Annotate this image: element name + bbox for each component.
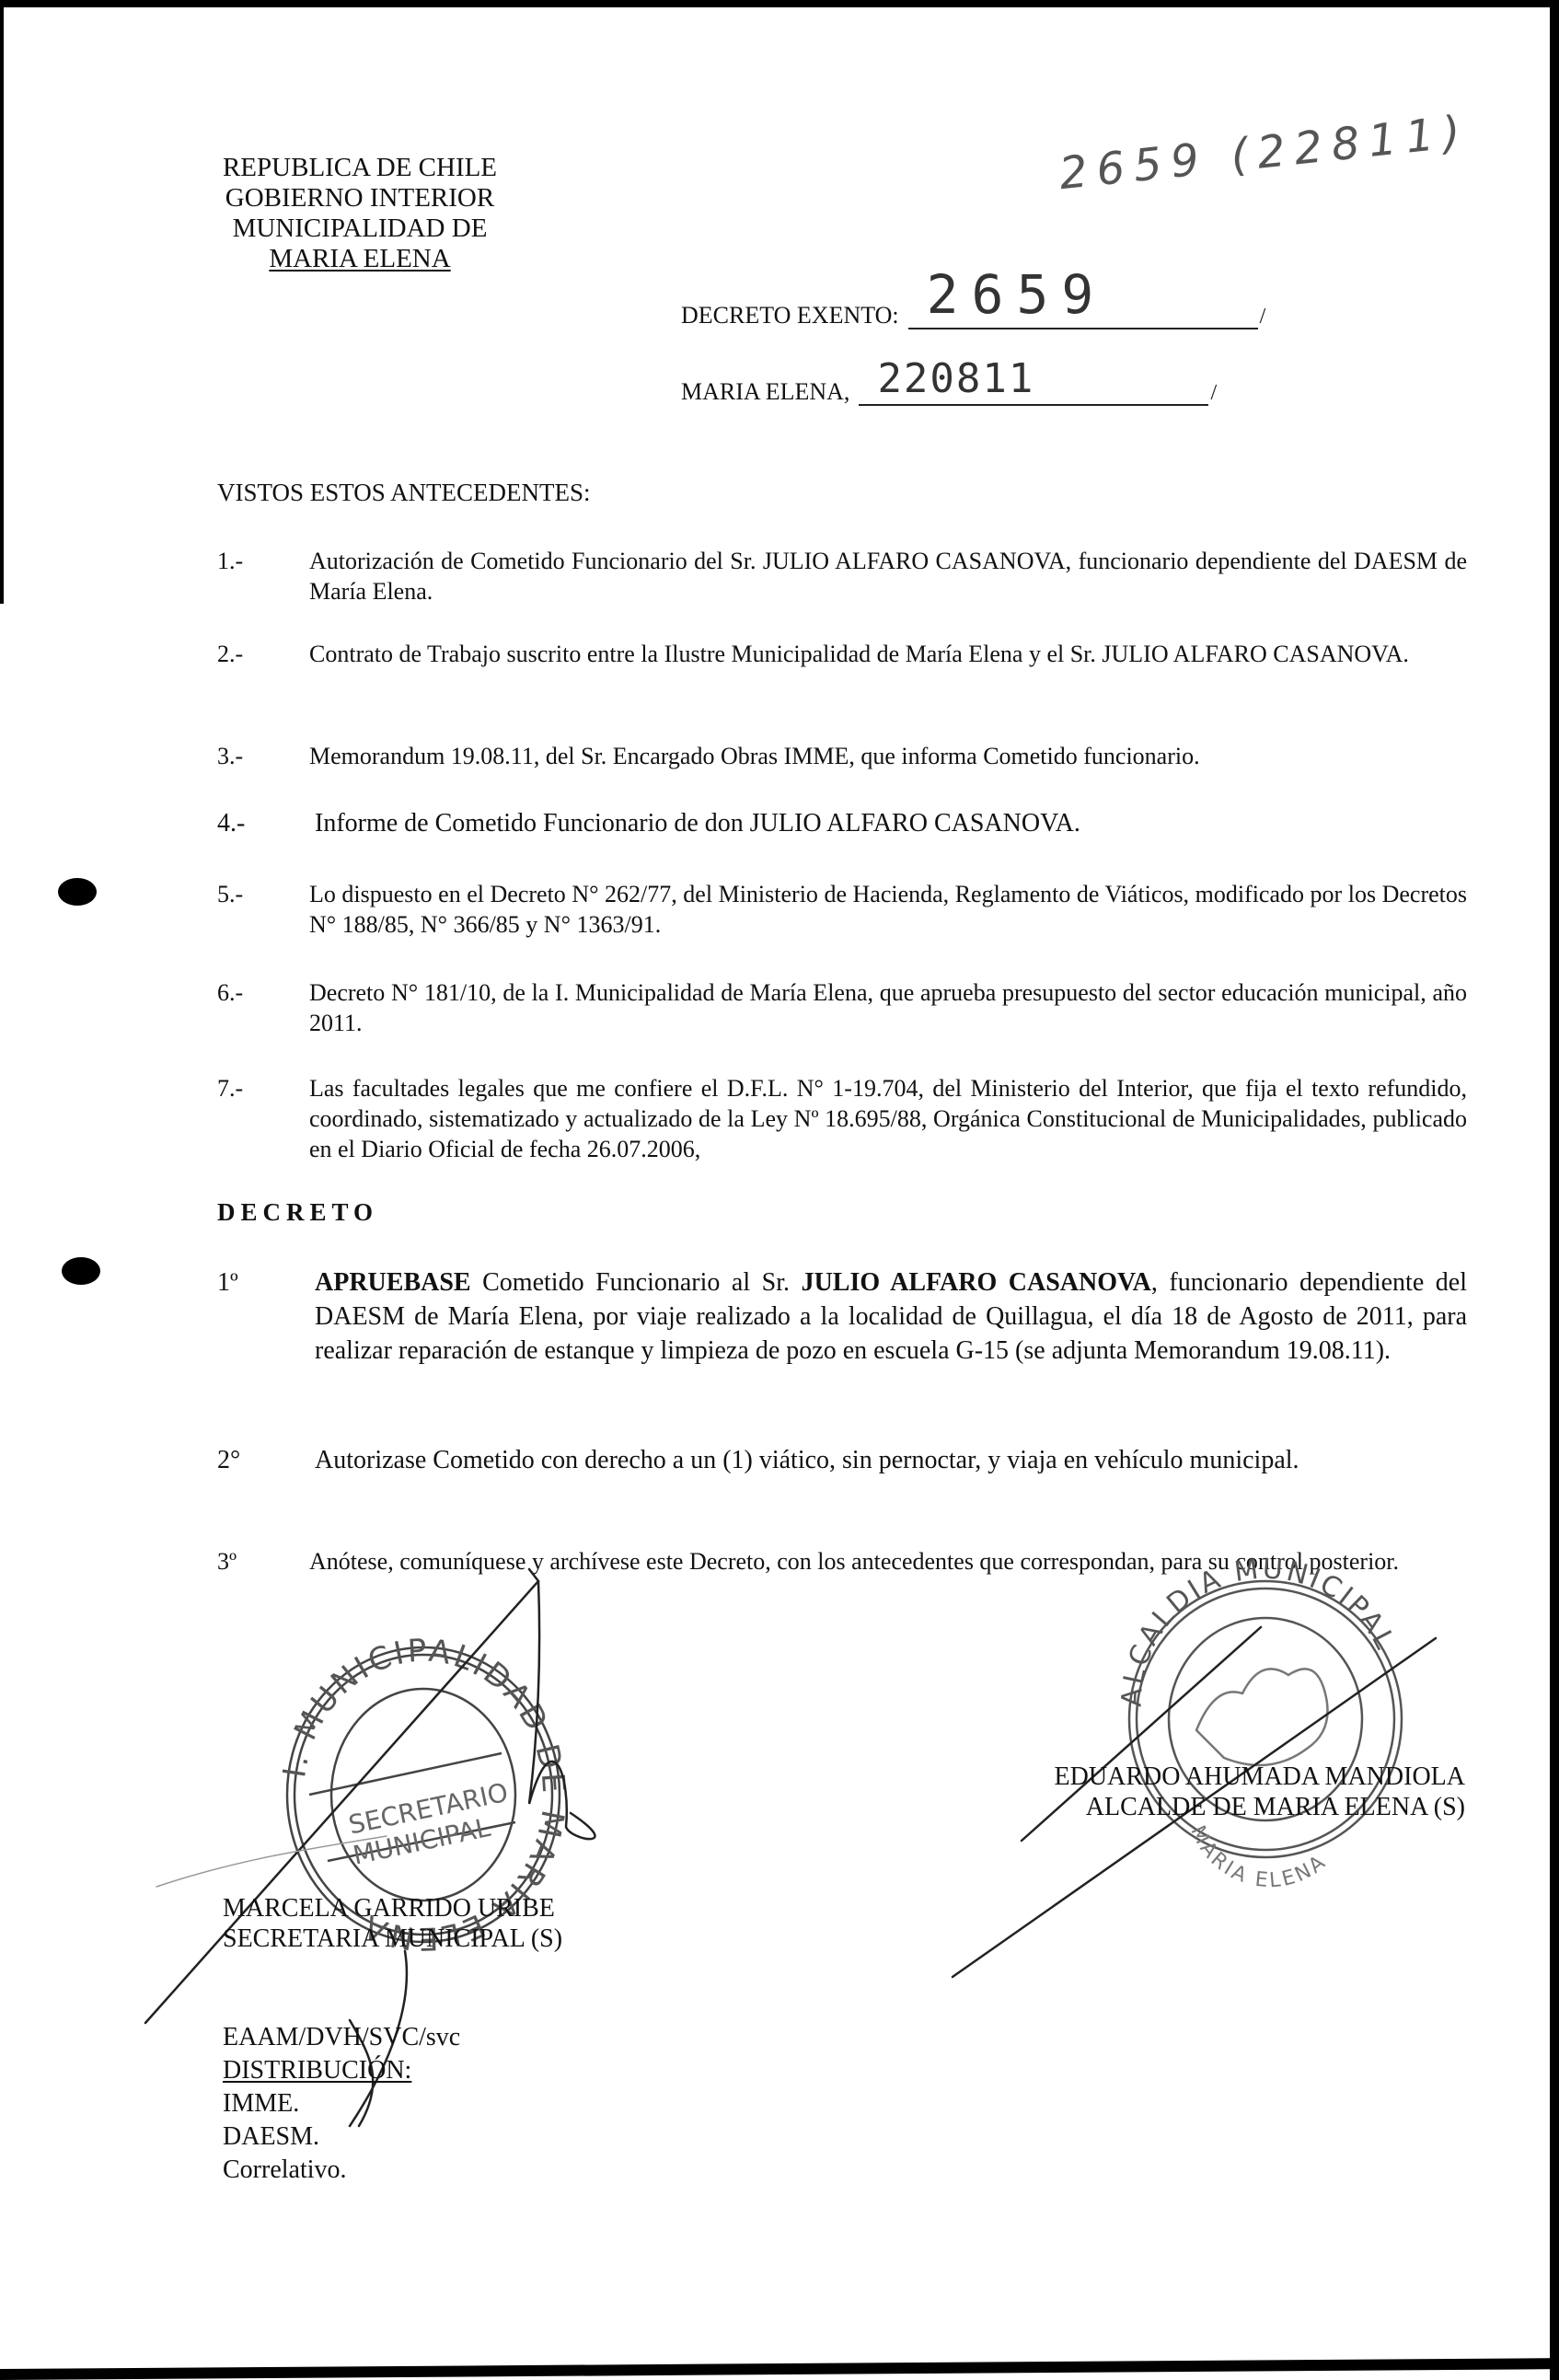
letterhead-line: REPUBLICA DE CHILE [217, 153, 502, 183]
vistos-heading: VISTOS ESTOS ANTECEDENTES: [217, 479, 591, 507]
item-number: 1.- [217, 546, 309, 607]
signer-name: MARCELA GARRIDO URIBE [223, 1893, 562, 1924]
signer-title: ALCALDE DE MARIA ELENA (S) [1012, 1792, 1465, 1822]
scan-border-right [1550, 0, 1559, 2380]
letterhead-line: MUNICIPALIDAD DE [217, 214, 502, 244]
vistos-item: 7.- Las facultades legales que me confie… [217, 1073, 1467, 1164]
distribution-item: IMME. [223, 2087, 460, 2120]
signature-block-right: EDUARDO AHUMADA MANDIOLA ALCALDE DE MARI… [1012, 1762, 1465, 1822]
item-text: Memorandum 19.08.11, del Sr. Encargado O… [309, 741, 1467, 771]
vistos-item: 3.- Memorandum 19.08.11, del Sr. Encarga… [217, 741, 1467, 771]
item-number: 5.- [217, 879, 309, 940]
stamp-band-line1: SECRETARIO [346, 1777, 511, 1841]
item-name: JULIO ALFARO CASANOVA [802, 1268, 1151, 1297]
decreto-exento-line: 2659 [908, 296, 1258, 329]
item-number: 7.- [217, 1073, 309, 1164]
item-text: Informe de Cometido Funcionario de don J… [315, 806, 1467, 840]
letterhead: REPUBLICA DE CHILE GOBIERNO INTERIOR MUN… [217, 153, 502, 274]
distribution-label: DISTRIBUCIÓN: [223, 2054, 460, 2087]
letterhead-line: MARIA ELENA [217, 244, 502, 274]
item-number: 4.- [217, 806, 315, 840]
distribution-item: DAESM. [223, 2120, 460, 2154]
handwritten-note: 2659 (22811) [1057, 106, 1472, 200]
lugar-fecha-field: MARIA ELENA, 220811 / [681, 373, 1217, 406]
letterhead-line: GOBIERNO INTERIOR [217, 183, 502, 214]
item-text: Las facultades legales que me confiere e… [309, 1073, 1467, 1164]
item-text: Lo dispuesto en el Decreto N° 262/77, de… [309, 879, 1467, 940]
vistos-item: 2.- Contrato de Trabajo suscrito entre l… [217, 639, 1467, 669]
item-text: Anótese, comuníquese y archívese este De… [309, 1546, 1467, 1577]
vistos-item: 6.- Decreto N° 181/10, de la I. Municipa… [217, 977, 1467, 1038]
item-number: 2° [217, 1443, 315, 1477]
decreto-item: 2° Autorizase Cometido con derecho a un … [217, 1443, 1467, 1477]
vistos-item: 4.- Informe de Cometido Funcionario de d… [217, 806, 1467, 840]
item-lead: APRUEBASE [315, 1268, 471, 1297]
item-text: APRUEBASE Cometido Funcionario al Sr. JU… [315, 1265, 1467, 1368]
stamp-band-line2: MUNICIPAL [351, 1812, 493, 1871]
fecha-value: 220811 [877, 355, 1034, 402]
item-text-part: Cometido Funcionario al Sr. [471, 1268, 802, 1297]
signer-name: EDUARDO AHUMADA MANDIOLA [1012, 1762, 1465, 1792]
item-number: 3º [217, 1546, 309, 1577]
decreto-item: 3º Anótese, comuníquese y archívese este… [217, 1546, 1467, 1577]
signer-title: SECRETARIA MUNICIPAL (S) [223, 1924, 562, 1954]
lugar-label: MARIA ELENA, [681, 378, 849, 406]
scan-border-bottom [0, 2358, 1559, 2380]
svg-text:MARIA ELENA: MARIA ELENA [1185, 1822, 1332, 1892]
stamp-ring-text: MARIA ELENA [1185, 1822, 1332, 1892]
decreto-exento-number: 2659 [927, 263, 1107, 326]
vistos-item: 1.- Autorización de Cometido Funcionario… [217, 546, 1467, 607]
item-number: 6.- [217, 977, 309, 1038]
decreto-heading: DECRETO [217, 1198, 378, 1227]
scan-border-left [0, 0, 4, 604]
field-end-mark: / [1210, 381, 1217, 406]
vistos-item: 5.- Lo dispuesto en el Decreto N° 262/77… [217, 879, 1467, 940]
distribution-item: Correlativo. [223, 2154, 460, 2187]
punch-hole [58, 878, 97, 906]
decreto-exento-label: DECRETO EXENTO: [681, 302, 899, 329]
initials: EAAM/DVH/SVC/svc [223, 2021, 460, 2054]
fecha-line: 220811 [859, 373, 1208, 406]
item-text: Contrato de Trabajo suscrito entre la Il… [309, 639, 1467, 669]
field-end-mark: / [1260, 305, 1266, 329]
punch-hole [62, 1257, 100, 1285]
item-number: 2.- [217, 639, 309, 669]
signature-block-left: MARCELA GARRIDO URIBE SECRETARIA MUNICIP… [223, 1893, 562, 1954]
distribution-block: EAAM/DVH/SVC/svc DISTRIBUCIÓN: IMME. DAE… [223, 2021, 460, 2187]
decreto-exento-field: DECRETO EXENTO: 2659 / [681, 296, 1265, 329]
scan-border-top [0, 0, 1559, 7]
item-text: Decreto N° 181/10, de la I. Municipalida… [309, 977, 1467, 1038]
item-text: Autorización de Cometido Funcionario del… [309, 546, 1467, 607]
item-number: 3.- [217, 741, 309, 771]
item-text: Autorizase Cometido con derecho a un (1)… [315, 1443, 1467, 1477]
item-number: 1º [217, 1265, 315, 1368]
decreto-item: 1º APRUEBASE Cometido Funcionario al Sr.… [217, 1265, 1467, 1368]
